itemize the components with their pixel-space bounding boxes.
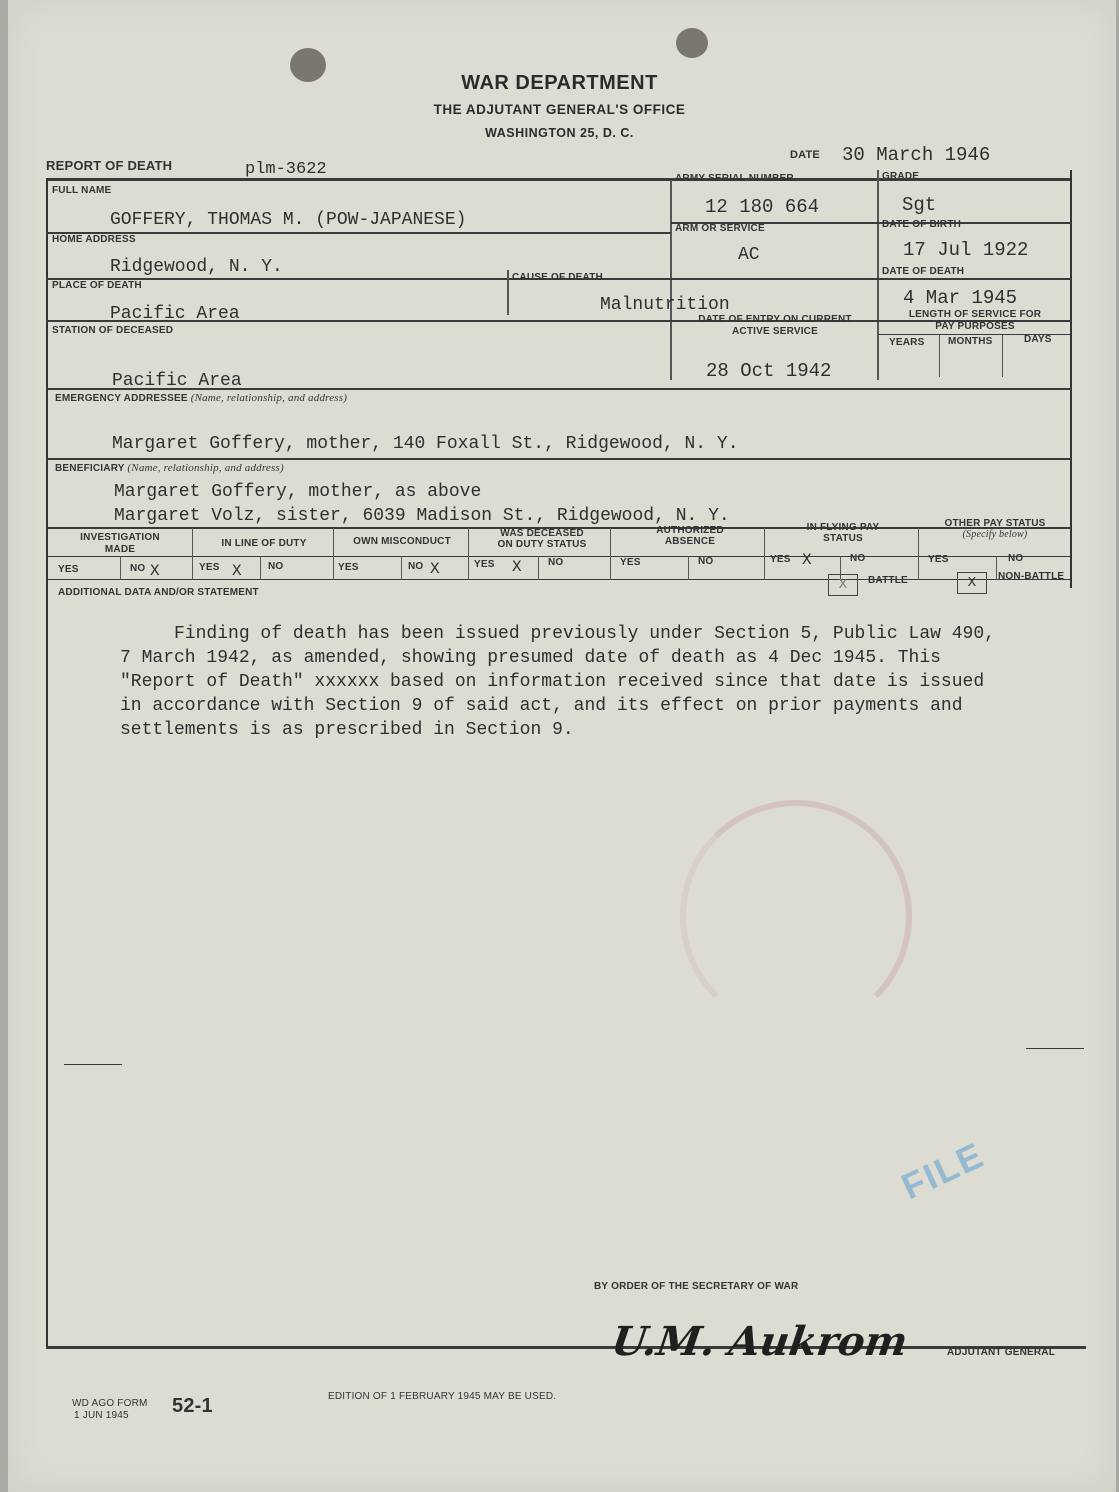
col-other-pay-label-2: (Specify below) [920, 529, 1070, 540]
absence-no[interactable]: NO [698, 556, 713, 567]
place-of-death-label: PLACE OF DEATH [52, 280, 142, 291]
divider [120, 556, 121, 580]
entry-date-label-2: ACTIVE SERVICE [680, 326, 870, 337]
serial-number-label: ARMY SERIAL NUMBER [675, 173, 794, 184]
col-other-pay-label: OTHER PAY STATUS [920, 518, 1070, 529]
arm-service-label: ARM OR SERVICE [675, 223, 765, 234]
report-title: REPORT OF DEATH [46, 158, 172, 173]
divider [401, 556, 402, 580]
serial-number-value: 12 180 664 [705, 196, 819, 218]
statement-line: Finding of death has been issued previou… [120, 622, 1060, 646]
by-order-text: BY ORDER OF THE SECRETARY OF WAR [594, 1281, 798, 1292]
line-of-duty-no[interactable]: NO [268, 561, 283, 572]
report-date: 30 March 1946 [842, 144, 990, 166]
grade-value: Sgt [902, 194, 936, 216]
service-length-label-2: PAY PURPOSES [880, 321, 1070, 332]
col-duty-status-label-2: ON DUTY STATUS [470, 539, 614, 550]
years-label: YEARS [889, 337, 924, 348]
statement-line: in accordance with Section 9 of said act… [120, 694, 1060, 718]
row-line [46, 388, 1071, 390]
col-absence-label: AUTHORIZED [614, 525, 766, 536]
divider [192, 528, 193, 580]
investigation-no-mark: X [150, 562, 160, 580]
divider [918, 528, 919, 580]
entry-date-label-1: DATE OF ENTRY ON CURRENT [680, 314, 870, 325]
divider [507, 270, 509, 315]
investigation-no[interactable]: NO [130, 563, 145, 574]
other-pay-no[interactable]: NO [1008, 553, 1023, 564]
divider [764, 528, 765, 580]
full-name-value: GOFFERY, THOMAS M. (POW-JAPANESE) [110, 210, 466, 230]
form-date: 1 JUN 1945 [74, 1410, 129, 1421]
row-line [46, 458, 1071, 460]
emergency-value: Margaret Goffery, mother, 140 Foxall St.… [112, 434, 739, 454]
office-location: WASHINGTON 25, D. C. [0, 126, 1119, 140]
station-label: STATION OF DECEASED [52, 325, 173, 336]
duty-status-no[interactable]: NO [548, 557, 563, 568]
entry-date-value: 28 Oct 1942 [706, 360, 831, 382]
duty-status-yes-mark: X [512, 558, 522, 576]
punch-hole-right [676, 28, 708, 58]
dob-value: 17 Jul 1922 [903, 239, 1028, 261]
statement-line: 7 March 1942, as amended, showing presum… [120, 646, 1060, 670]
full-name-label: FULL NAME [52, 185, 111, 196]
absence-yes[interactable]: YES [620, 557, 641, 568]
file-number: plm-3622 [245, 160, 327, 179]
signer-title: ADJUTANT GENERAL [947, 1347, 1055, 1358]
divider [688, 556, 689, 580]
date-label: DATE [790, 149, 820, 161]
col-misconduct-label: OWN MISCONDUCT [334, 536, 470, 547]
col-investigation-label-2: MADE [46, 544, 194, 555]
days-label: DAYS [1024, 334, 1052, 345]
divider [538, 556, 539, 580]
department-title: WAR DEPARTMENT [0, 72, 1119, 95]
statement-line: settlements is as prescribed in Section … [120, 718, 1060, 742]
dob-label: DATE OF BIRTH [882, 219, 961, 230]
signature: U.M. Aukrom [609, 1318, 911, 1365]
misconduct-no-mark: X [430, 560, 440, 578]
divider [333, 528, 334, 580]
dod-label: DATE OF DEATH [882, 266, 964, 277]
non-battle-label: NON-BATTLE [998, 571, 1064, 582]
col-investigation-label: INVESTIGATION [46, 532, 194, 543]
status-grid: INVESTIGATION MADE IN LINE OF DUTY OWN M… [46, 528, 1071, 580]
divider [610, 528, 611, 580]
col-line-of-duty-label: IN LINE OF DUTY [194, 538, 334, 549]
divider [468, 528, 469, 580]
statement-line: "Report of Death" xxxxxx based on inform… [120, 670, 1060, 694]
line-of-duty-yes-mark: X [232, 562, 242, 580]
divider [996, 556, 997, 580]
divider [939, 335, 940, 377]
row-line [46, 232, 671, 234]
col-duty-status-label: WAS DECEASED [470, 528, 614, 539]
grade-label: GRADE [882, 171, 919, 182]
edition-note: EDITION OF 1 FEBRUARY 1945 MAY BE USED. [328, 1391, 556, 1402]
months-label: MONTHS [948, 336, 993, 347]
beneficiary-line-1: Margaret Goffery, mother, as above [114, 482, 481, 502]
investigation-yes[interactable]: YES [58, 564, 79, 575]
frame-bottom [46, 1346, 1086, 1349]
frame-right [1070, 170, 1072, 588]
divider [260, 556, 261, 580]
misconduct-yes[interactable]: YES [338, 562, 359, 573]
flying-pay-yes-mark: X [802, 551, 812, 569]
beneficiary-line-2: Margaret Volz, sister, 6039 Madison St.,… [114, 506, 730, 526]
duty-status-yes[interactable]: YES [474, 559, 495, 570]
additional-statement: Finding of death has been issued previou… [120, 622, 1060, 742]
misconduct-no[interactable]: NO [408, 561, 423, 572]
home-address-label: HOME ADDRESS [52, 234, 136, 245]
flying-pay-yes[interactable]: YES [770, 554, 791, 565]
divider [670, 180, 672, 380]
service-length-label-1: LENGTH OF SERVICE FOR [880, 309, 1070, 320]
received-stamp [680, 800, 912, 1032]
office-title: THE ADJUTANT GENERAL'S OFFICE [0, 102, 1119, 117]
tick-mark [64, 1064, 122, 1065]
form-label: WD AGO FORM [72, 1398, 148, 1409]
line-of-duty-yes[interactable]: YES [199, 562, 220, 573]
home-address-value: Ridgewood, N. Y. [110, 257, 283, 277]
cause-of-death-value: Malnutrition [600, 295, 730, 315]
emergency-label: EMERGENCY ADDRESSEE (Name, relationship,… [55, 392, 347, 404]
beneficiary-label: BENEFICIARY (Name, relationship, and add… [55, 462, 284, 474]
battle-label: BATTLE [868, 575, 908, 586]
arm-service-value: AC [738, 245, 760, 265]
divider [1002, 335, 1003, 377]
col-flying-pay-label-2: STATUS [766, 533, 920, 544]
col-absence-label-2: ABSENCE [614, 536, 766, 547]
form-number: 52-1 [172, 1395, 213, 1418]
non-battle-checkbox[interactable]: X [957, 572, 987, 594]
other-pay-yes[interactable]: YES [928, 554, 949, 565]
cause-of-death-label: CAUSE OF DEATH [512, 272, 603, 283]
col-flying-pay-label: IN FLYING PAY [766, 522, 920, 533]
additional-label: ADDITIONAL DATA AND/OR STATEMENT [58, 587, 259, 598]
flying-pay-no[interactable]: NO [850, 553, 865, 564]
divider [877, 170, 879, 380]
tick-mark [1026, 1048, 1084, 1049]
dod-value: 4 Mar 1945 [903, 287, 1017, 309]
battle-checkbox[interactable]: X [828, 574, 858, 596]
frame-left [46, 178, 48, 1348]
